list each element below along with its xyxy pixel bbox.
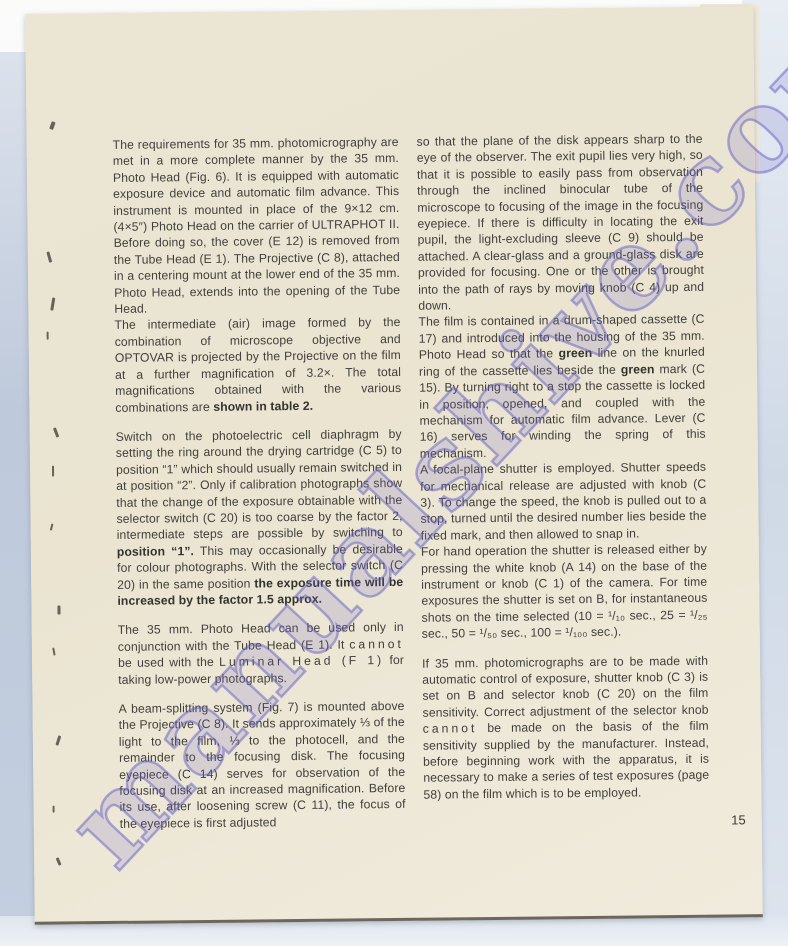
column-left: The requirements for 35 mm. photomicrogr… [113, 134, 406, 832]
paper-edge-speck [53, 806, 55, 813]
column-right: so that the plane of the disk appears sh… [417, 131, 710, 803]
scanned-manual-page: The requirements for 35 mm. photomicrogr… [0, 0, 788, 946]
text-segment: so that the plane of the disk appears sh… [417, 132, 705, 313]
text-segment: If 35 mm. photomicrographs are to be mad… [422, 653, 709, 719]
paper-edge-speck [52, 466, 54, 477]
text-segment: cannot [423, 721, 478, 736]
paper-edge-speck [46, 251, 52, 262]
paper-edge-speck [55, 735, 61, 745]
paper-edge-speck [47, 332, 49, 340]
paragraph: so that the plane of the disk appears sh… [417, 131, 705, 314]
text-segment: A focal-plane shutter is employed. Shutt… [420, 460, 707, 543]
text-segment: shown in table 2. [213, 398, 313, 413]
paper-edge-speck [50, 523, 54, 530]
paragraph: If 35 mm. photomicrographs are to be mad… [422, 652, 710, 803]
paper-edge-speck [50, 297, 55, 310]
paper-edge-speck [52, 647, 55, 655]
paragraph: The requirements for 35 mm. photomicrogr… [113, 134, 401, 317]
text-segment: Luminar Head (F 1) [219, 653, 384, 669]
paragraph: For hand operation the shutter is releas… [421, 541, 708, 642]
paragraph: The intermediate (air) image formed by t… [114, 314, 401, 415]
paper-edge-speck [57, 606, 60, 615]
paper-sheet: The requirements for 35 mm. photomicrogr… [25, 6, 762, 925]
paragraph: The 35 mm. Photo Head can be used only i… [118, 619, 405, 688]
text-segment: cannot [349, 637, 404, 652]
text-segment: position “1”. [117, 544, 194, 559]
paper-edge-speck [53, 427, 59, 437]
text-segment: A beam-splitting system (Fig. 7) is moun… [118, 699, 405, 831]
paragraph: Switch on the photoelectric cell diaphra… [116, 426, 404, 609]
text-segment: green [559, 346, 593, 360]
paper-edge-speck [49, 121, 55, 130]
paragraph: A focal-plane shutter is employed. Shutt… [420, 459, 707, 544]
text-segment: be used with the [118, 655, 219, 670]
paragraph: A beam-splitting system (Fig. 7) is moun… [118, 698, 405, 832]
page-number: 15 [706, 812, 746, 827]
text-segment: For hand operation the shutter is releas… [421, 542, 708, 641]
text-segment: The requirements for 35 mm. photomicrogr… [113, 135, 401, 316]
text-segment: Switch on the photoelectric cell diaphra… [116, 427, 403, 542]
text-segment: green [621, 362, 655, 376]
paragraph: The film is contained in a drum-shaped c… [418, 311, 706, 462]
paper-edge-speck [56, 857, 62, 866]
